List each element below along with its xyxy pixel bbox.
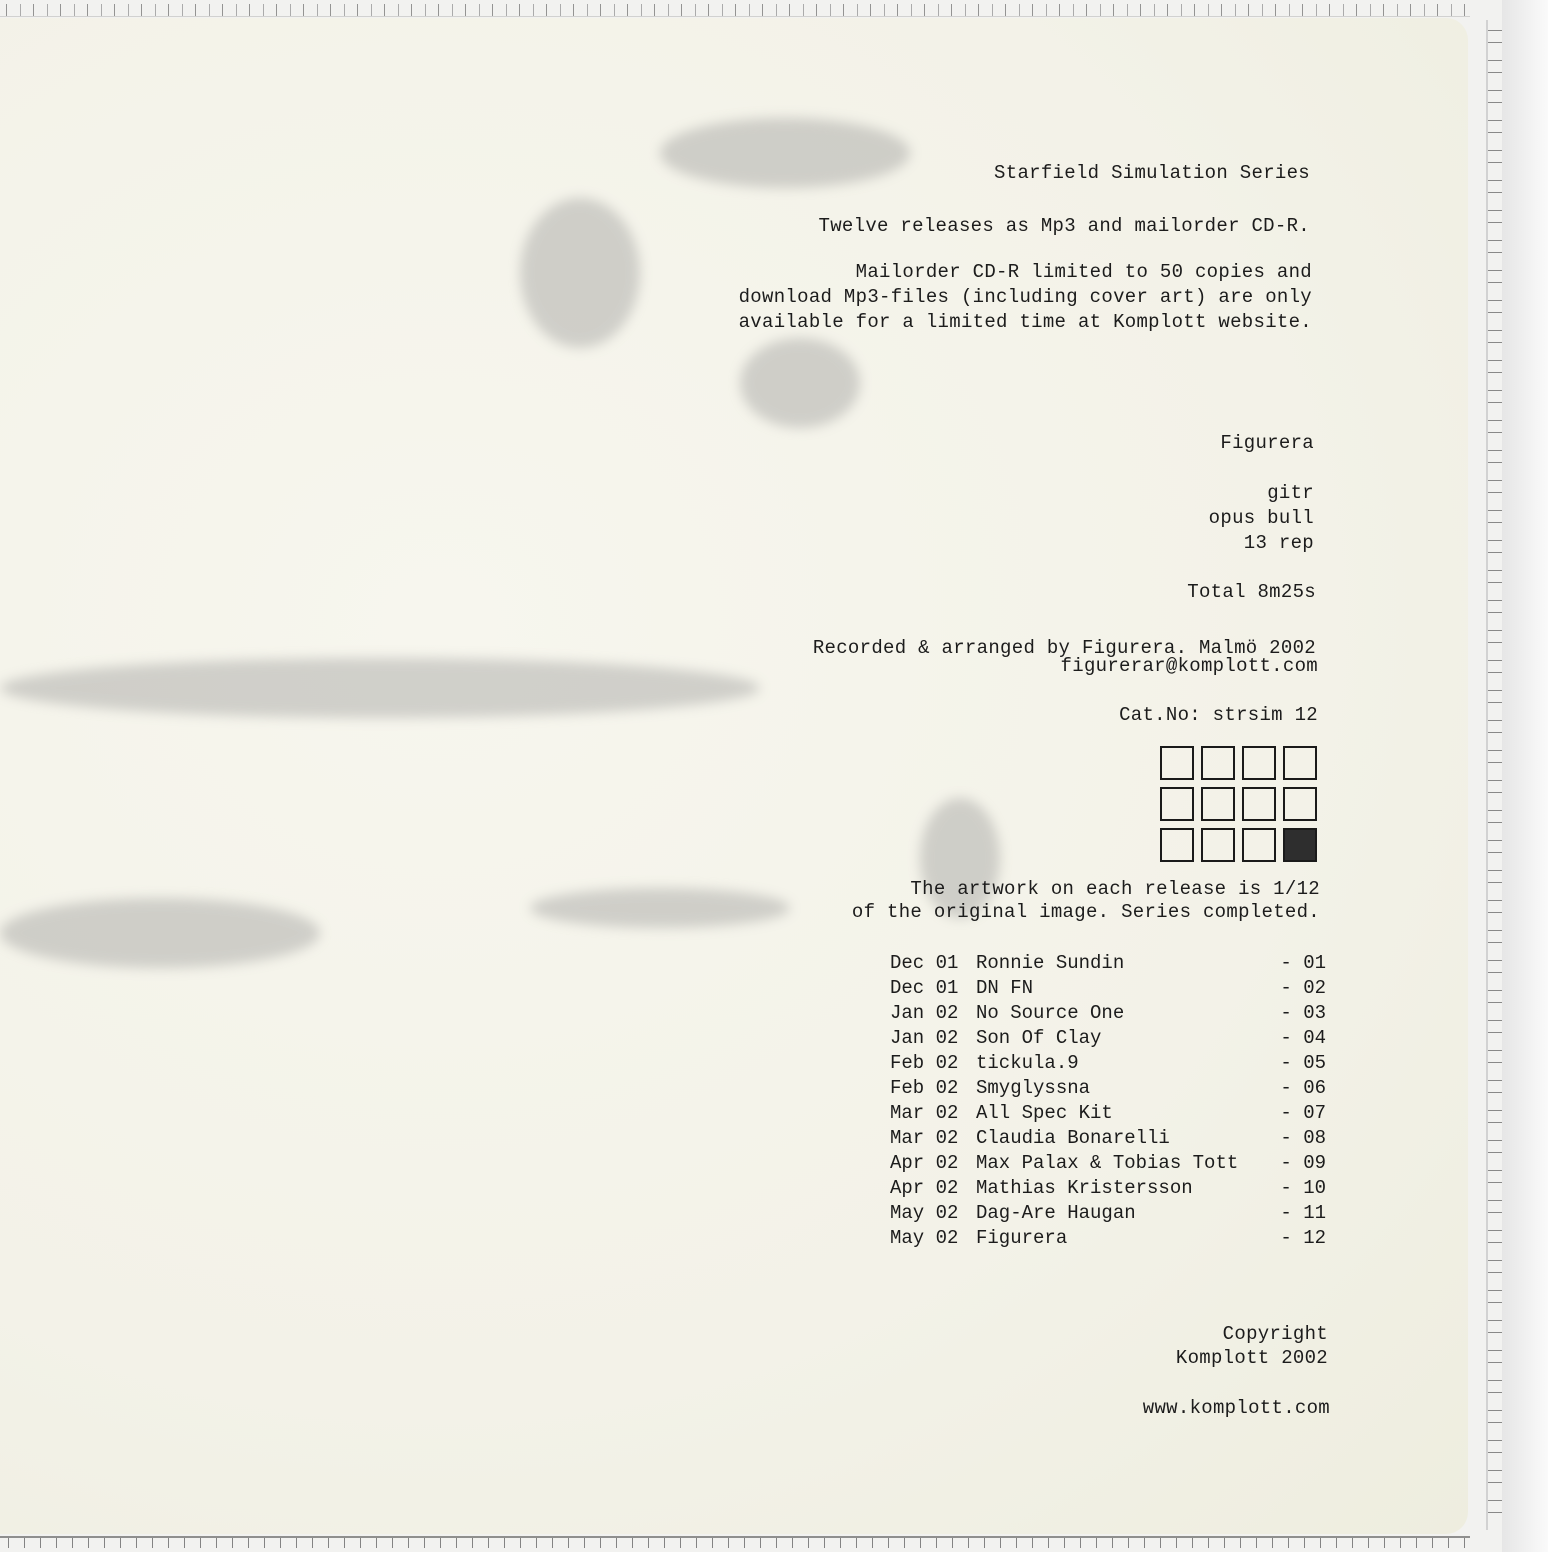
sleeve-seam-right bbox=[1486, 20, 1502, 1530]
release-date: Dec 01 bbox=[890, 976, 976, 1001]
release-row: May 02Figurera- 12 bbox=[890, 1226, 1326, 1251]
release-artist: DN FN bbox=[976, 976, 1276, 1001]
release-artist: No Source One bbox=[976, 1001, 1276, 1026]
release-artist: Ronnie Sundin bbox=[976, 951, 1276, 976]
artwork-grid bbox=[1160, 746, 1317, 862]
release-date: Jan 02 bbox=[890, 1001, 976, 1026]
sleeve-edge bbox=[1502, 0, 1548, 1552]
artwork-cell bbox=[1242, 828, 1276, 862]
track-item: 13 rep bbox=[1244, 531, 1314, 556]
release-artist: tickula.9 bbox=[976, 1051, 1276, 1076]
artist-name: Figurera bbox=[1220, 431, 1314, 456]
release-artist: Claudia Bonarelli bbox=[976, 1126, 1276, 1151]
release-num: - 01 bbox=[1276, 951, 1326, 976]
release-row: May 02Dag-Are Haugan- 11 bbox=[890, 1201, 1326, 1226]
intro-text: Twelve releases as Mp3 and mailorder CD-… bbox=[819, 214, 1310, 239]
track-item: gitr bbox=[1267, 481, 1314, 506]
release-date: Jan 02 bbox=[890, 1026, 976, 1051]
release-list: Dec 01Ronnie Sundin- 01Dec 01DN FN- 02Ja… bbox=[890, 951, 1326, 1251]
release-num: - 09 bbox=[1276, 1151, 1326, 1176]
track-item: opus bull bbox=[1209, 506, 1314, 531]
release-date: Feb 02 bbox=[890, 1051, 976, 1076]
release-artist: Dag-Are Haugan bbox=[976, 1201, 1276, 1226]
artwork-cell bbox=[1242, 746, 1276, 780]
release-num: - 12 bbox=[1276, 1226, 1326, 1251]
ink-smudge bbox=[0, 898, 320, 968]
artwork-cell bbox=[1283, 787, 1317, 821]
release-date: Mar 02 bbox=[890, 1101, 976, 1126]
ink-smudge bbox=[660, 118, 910, 188]
ink-smudge bbox=[520, 198, 640, 348]
release-date: Mar 02 bbox=[890, 1126, 976, 1151]
artwork-note: of the original image. Series completed. bbox=[852, 900, 1320, 925]
release-artist: Max Palax & Tobias Tott bbox=[976, 1151, 1276, 1176]
release-num: - 02 bbox=[1276, 976, 1326, 1001]
email: figurerar@komplott.com bbox=[1061, 654, 1318, 679]
artwork-cell bbox=[1201, 746, 1235, 780]
release-row: Apr 02Mathias Kristersson- 10 bbox=[890, 1176, 1326, 1201]
ink-smudge bbox=[740, 338, 860, 428]
release-num: - 07 bbox=[1276, 1101, 1326, 1126]
sleeve-seam-top bbox=[0, 4, 1470, 17]
artwork-cell bbox=[1283, 746, 1317, 780]
release-date: Feb 02 bbox=[890, 1076, 976, 1101]
release-date: Dec 01 bbox=[890, 951, 976, 976]
sleeve-seam-bottom bbox=[0, 1536, 1470, 1548]
artwork-cell bbox=[1283, 828, 1317, 862]
release-row: Jan 02Son Of Clay- 04 bbox=[890, 1026, 1326, 1051]
ink-smudge bbox=[530, 888, 790, 928]
artwork-cell bbox=[1160, 828, 1194, 862]
release-row: Jan 02No Source One- 03 bbox=[890, 1001, 1326, 1026]
release-date: Apr 02 bbox=[890, 1151, 976, 1176]
release-num: - 08 bbox=[1276, 1126, 1326, 1151]
artwork-cell bbox=[1160, 787, 1194, 821]
release-num: - 04 bbox=[1276, 1026, 1326, 1051]
release-row: Apr 02Max Palax & Tobias Tott- 09 bbox=[890, 1151, 1326, 1176]
release-row: Mar 02All Spec Kit- 07 bbox=[890, 1101, 1326, 1126]
release-artist: Mathias Kristersson bbox=[976, 1176, 1276, 1201]
release-date: May 02 bbox=[890, 1201, 976, 1226]
release-row: Dec 01DN FN- 02 bbox=[890, 976, 1326, 1001]
availability-line: Mailorder CD-R limited to 50 copies and bbox=[856, 260, 1312, 285]
release-num: - 11 bbox=[1276, 1201, 1326, 1226]
release-row: Feb 02Smyglyssna- 06 bbox=[890, 1076, 1326, 1101]
availability-line: available for a limited time at Komplott… bbox=[739, 310, 1312, 335]
ink-smudge bbox=[0, 658, 760, 718]
artwork-cell bbox=[1201, 828, 1235, 862]
availability-line: download Mp3-files (including cover art)… bbox=[739, 285, 1312, 310]
release-row: Dec 01Ronnie Sundin- 01 bbox=[890, 951, 1326, 976]
copyright: Copyright bbox=[1223, 1322, 1328, 1347]
artwork-cell bbox=[1242, 787, 1276, 821]
artwork-note: The artwork on each release is 1/12 bbox=[910, 877, 1320, 902]
release-num: - 06 bbox=[1276, 1076, 1326, 1101]
catalog-number: Cat.No: strsim 12 bbox=[1119, 703, 1318, 728]
website: www.komplott.com bbox=[1143, 1396, 1330, 1421]
total-time: Total 8m25s bbox=[1187, 580, 1316, 605]
release-artist: All Spec Kit bbox=[976, 1101, 1276, 1126]
series-title: Starfield Simulation Series bbox=[994, 161, 1310, 186]
release-num: - 03 bbox=[1276, 1001, 1326, 1026]
release-date: Apr 02 bbox=[890, 1176, 976, 1201]
release-num: - 05 bbox=[1276, 1051, 1326, 1076]
release-row: Feb 02tickula.9- 05 bbox=[890, 1051, 1326, 1076]
artwork-cell bbox=[1160, 746, 1194, 780]
release-artist: Figurera bbox=[976, 1226, 1276, 1251]
release-date: May 02 bbox=[890, 1226, 976, 1251]
copyright: Komplott 2002 bbox=[1176, 1346, 1328, 1371]
artwork-cell bbox=[1201, 787, 1235, 821]
release-artist: Smyglyssna bbox=[976, 1076, 1276, 1101]
release-num: - 10 bbox=[1276, 1176, 1326, 1201]
release-row: Mar 02Claudia Bonarelli- 08 bbox=[890, 1126, 1326, 1151]
release-artist: Son Of Clay bbox=[976, 1026, 1276, 1051]
